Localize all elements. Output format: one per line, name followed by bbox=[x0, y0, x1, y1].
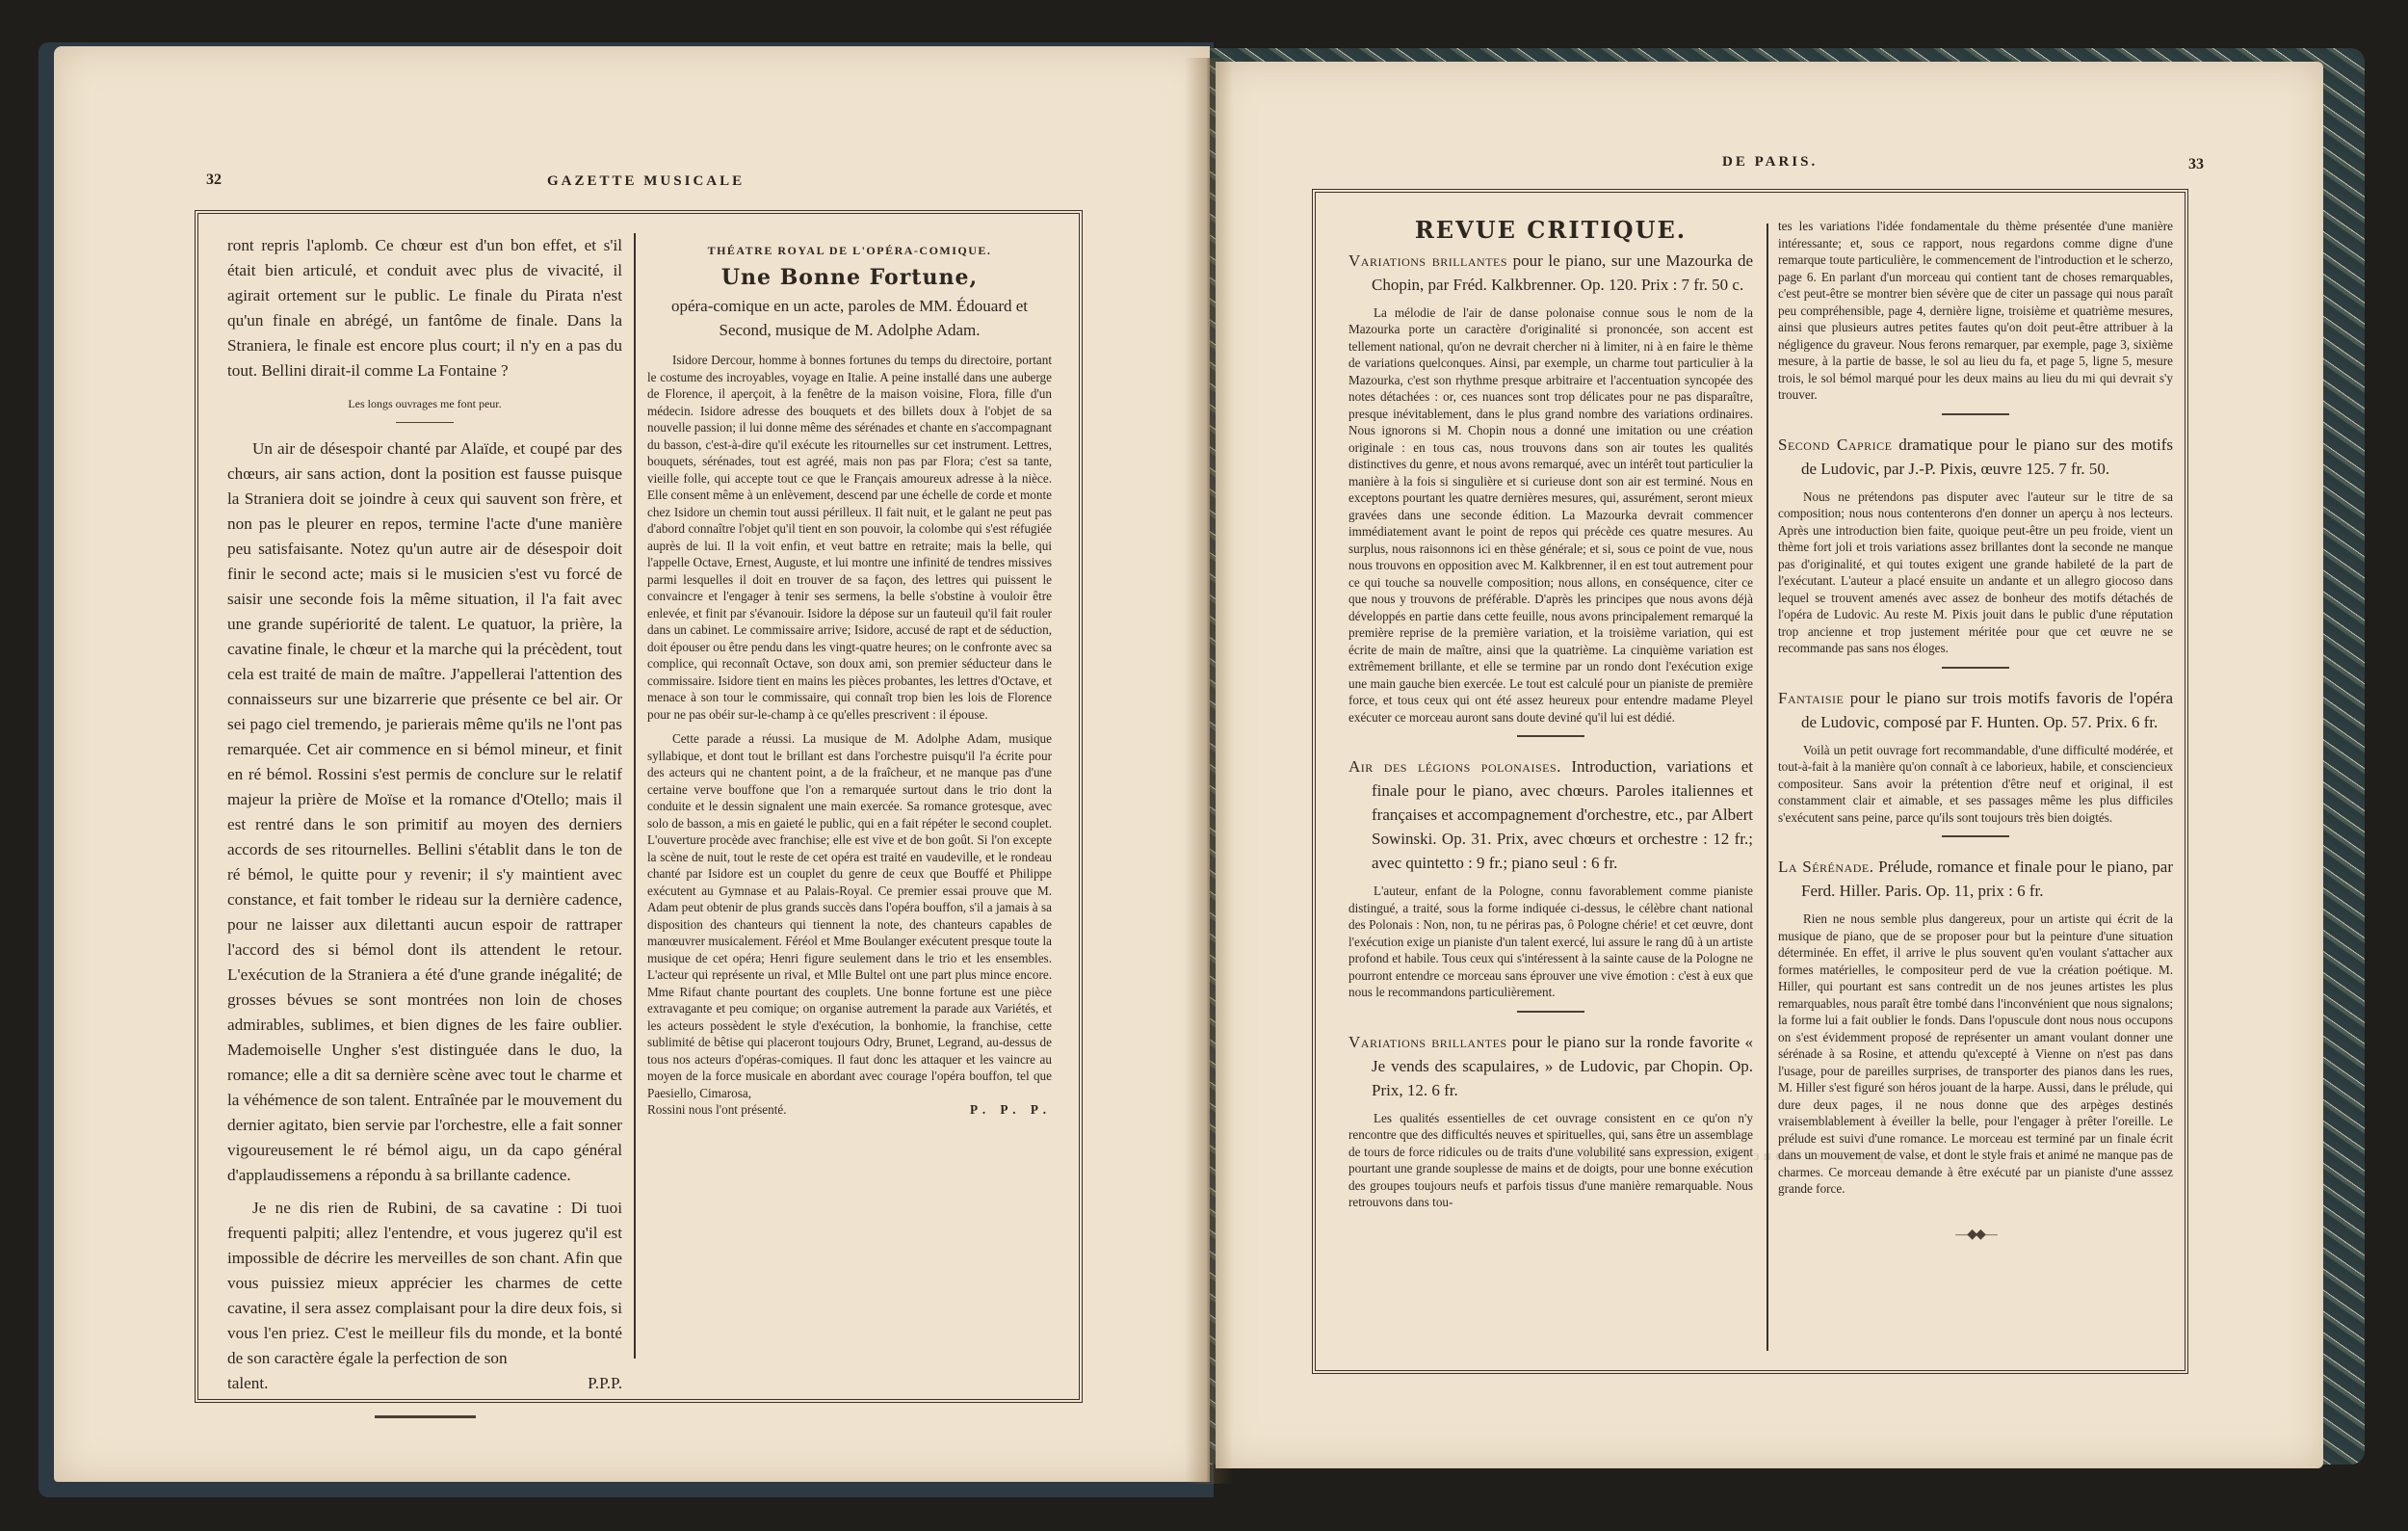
running-head-right: DE PARIS. bbox=[1722, 154, 1818, 171]
review-body: Nous ne prétendons pas disputer avec l'a… bbox=[1778, 488, 2173, 657]
review-entry-heading: Air des légions polonaises. Introduction… bbox=[1348, 754, 1753, 875]
review-entry-heading: Second Caprice dramatique pour le piano … bbox=[1778, 433, 2173, 481]
left-column-2: THÉATRE ROYAL DE L'OPÉRA-COMIQUE. Une Bo… bbox=[647, 239, 1052, 1119]
review-body: La mélodie de l'air de danse polonaise c… bbox=[1348, 304, 1753, 726]
review-entry-heading: La Sérénade. Prélude, romance et finale … bbox=[1778, 855, 2173, 903]
running-head-left: GAZETTE MUSICALE bbox=[547, 173, 745, 190]
article-title: Une Bonne Fortune, bbox=[647, 270, 1052, 287]
entry-title: Air des légions polonaises. bbox=[1348, 757, 1561, 776]
signature: P. P. P. bbox=[970, 1101, 1052, 1119]
column-rule-left bbox=[634, 233, 636, 1359]
page-number-right: 33 bbox=[2188, 156, 2204, 173]
review-body-continuation: tes les variations l'idée fondamentale d… bbox=[1778, 218, 2173, 404]
entry-title: Variations brillantes bbox=[1348, 251, 1507, 270]
entry-details: pour le piano sur trois motifs favoris d… bbox=[1801, 689, 2173, 731]
paragraph: Isidore Dercour, homme à bonnes fortunes… bbox=[647, 352, 1052, 723]
paragraph-end: Rossini nous l'ont présenté. bbox=[647, 1101, 787, 1119]
epigraph: Les longs ouvrages me font peur. bbox=[227, 391, 622, 416]
section-title: REVUE CRITIQUE. bbox=[1348, 222, 1753, 239]
article-subtitle: opéra-comique en un acte, paroles de MM.… bbox=[647, 294, 1052, 342]
divider bbox=[1942, 667, 2009, 669]
divider bbox=[396, 422, 454, 423]
divider bbox=[1942, 835, 2009, 837]
signature-line: Rossini nous l'ont présenté. P. P. P. bbox=[647, 1101, 1052, 1119]
end-ornament: —◆◆— bbox=[1778, 1227, 2173, 1244]
signature: P.P.P. bbox=[588, 1371, 622, 1396]
paragraph-end: talent. bbox=[227, 1371, 268, 1396]
review-body: Voilà un petit ouvrage fort recommandabl… bbox=[1778, 742, 2173, 827]
paragraph: Cette parade a réussi. La musique de M. … bbox=[647, 730, 1052, 1101]
section-label: THÉATRE ROYAL DE L'OPÉRA-COMIQUE. bbox=[647, 243, 1052, 260]
paragraph: ront repris l'aplomb. Ce chœur est d'un … bbox=[227, 233, 622, 383]
column-rule-right bbox=[1767, 224, 1768, 1351]
right-column-2: tes les variations l'idée fondamentale d… bbox=[1778, 218, 2173, 1272]
entry-title: Second Caprice bbox=[1778, 436, 1893, 454]
divider bbox=[1517, 735, 1584, 737]
review-entry-heading: Variations brillantes pour le piano, sur… bbox=[1348, 249, 1753, 297]
right-column-1: REVUE CRITIQUE. Variations brillantes po… bbox=[1348, 218, 1753, 1219]
divider bbox=[1942, 413, 2009, 415]
left-column-1: ront repris l'aplomb. Ce chœur est d'un … bbox=[227, 233, 622, 1438]
entry-title: Fantaisie bbox=[1778, 689, 1844, 707]
divider bbox=[375, 1415, 476, 1418]
review-entry-heading: Variations brillantes pour le piano sur … bbox=[1348, 1030, 1753, 1102]
entry-title: La Sérénade. bbox=[1778, 858, 1873, 876]
review-entry-heading: Fantaisie pour le piano sur trois motifs… bbox=[1778, 686, 2173, 734]
page-number-left: 32 bbox=[206, 172, 222, 189]
paragraph: Je ne dis rien de Rubini, de sa cavatine… bbox=[227, 1196, 622, 1371]
entry-title: Variations brillantes bbox=[1348, 1033, 1507, 1051]
divider bbox=[1517, 1011, 1584, 1013]
bleed-through-text: Operas et Concerts de la Semaine. bbox=[1560, 1148, 1898, 1165]
paragraph: Un air de désespoir chanté par Alaïde, e… bbox=[227, 436, 622, 1188]
review-body: L'auteur, enfant de la Pologne, connu fa… bbox=[1348, 883, 1753, 1001]
book-gutter bbox=[1185, 58, 1233, 1484]
signature-line: talent. P.P.P. bbox=[227, 1371, 622, 1396]
